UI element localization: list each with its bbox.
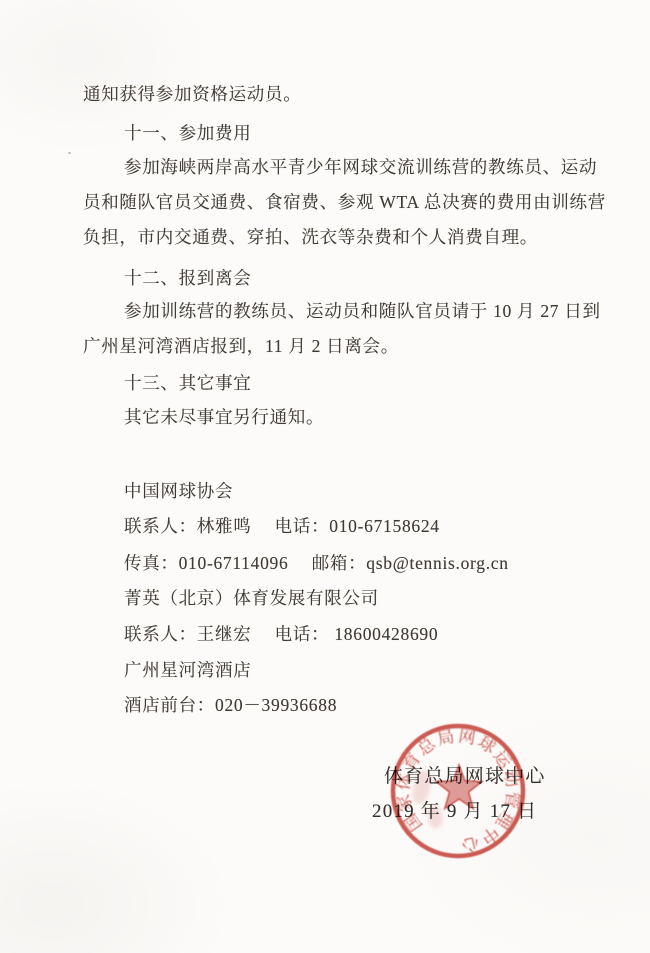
body-line: 广州星河湾酒店报到，11 月 2 日离会。 [83, 338, 399, 356]
scan-speck [68, 152, 71, 154]
org-name-cta: 中国网球协会 [124, 483, 233, 501]
contact-line: 联系人：林雅鸣 电话：010-67158624 [124, 518, 440, 536]
contact-line: 传真：010-67114096 邮箱：qsb@tennis.org.cn [124, 555, 509, 573]
body-line: 参加海峡两岸高水平青少年网球交流训练营的教练员、运动 [124, 159, 597, 177]
body-line: 其它未尽事宜另行通知。 [124, 409, 324, 427]
body-line: 负担，市内交通费、穿拍、洗衣等杂费和个人消费自理。 [83, 229, 538, 247]
document-page: 通知获得参加资格运动员。 十一、参加费用 参加海峡两岸高水平青少年网球交流训练营… [0, 0, 650, 953]
section-heading-12: 十二、报到离会 [124, 270, 251, 288]
section-heading-11: 十一、参加费用 [124, 125, 251, 143]
body-line: 通知获得参加资格运动员。 [83, 86, 301, 104]
contact-line: 联系人：王继宏 电话： 18600428690 [124, 626, 438, 644]
section-heading-13: 十三、其它事宜 [124, 375, 251, 393]
hotel-name: 广州星河湾酒店 [124, 662, 251, 680]
org-name-company: 菁英（北京）体育发展有限公司 [124, 590, 379, 608]
official-seal: 国家体育总局网球运动管理中心 [358, 691, 558, 891]
star-icon [436, 765, 482, 808]
body-line: 参加训练营的教练员、运动员和随队官员请于 10 月 27 日到 [124, 303, 601, 321]
body-line: 员和随队官员交通费、食宿费、参观 WTA 总决赛的费用由训练营 [83, 194, 606, 212]
hotel-phone-line: 酒店前台：020－39936688 [124, 697, 337, 715]
